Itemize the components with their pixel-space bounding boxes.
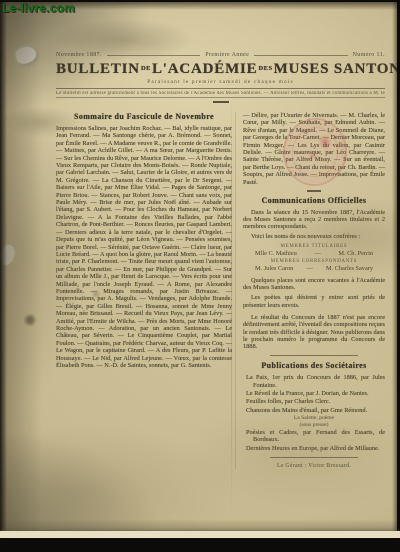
publications-header: Publications des Sociétaires <box>243 361 385 370</box>
title-word-des: DES <box>258 65 272 72</box>
left-column: Sommaire du Fascicule de Novembre Impres… <box>56 112 236 469</box>
scanned-bulletin-page: { "watermark": "Le-livre.com", "dash": "… <box>0 0 400 552</box>
title-word-academie: L'ACADÉMIE <box>152 61 258 77</box>
masthead-subtitle: Paraissant le premier samedi de chaque m… <box>56 79 385 85</box>
paper-tear-patch <box>14 44 38 65</box>
issue-year-label: Première Année <box>205 52 249 58</box>
title-word-bulletin: BULLETIN <box>56 61 140 77</box>
communications-header: Communications Officielles <box>243 196 385 205</box>
communications-para-3: Quelques places sont encore vacantes à l… <box>243 277 385 292</box>
title-word-de: DE <box>141 65 151 72</box>
member-row-dash: — <box>314 250 320 257</box>
section-rule <box>270 355 358 356</box>
publication-subline: (sous presse) <box>243 422 385 428</box>
gerant-line: Le Gérant : Victor Brossard. <box>243 463 385 469</box>
publication-item: Poésies et Cadres, par Fernand des Essar… <box>243 429 385 444</box>
issue-date: Novembre 1887. <box>56 52 102 58</box>
member-row-dash: — <box>306 265 312 272</box>
communications-para-2: Voici les noms de nos nouveaux confrères… <box>243 233 385 240</box>
label-membres-titulaires: MEMBRES TITULAIRES <box>243 244 385 249</box>
communications-para-5: Le résultat du Concours de 1887 n'est pa… <box>243 314 385 350</box>
label-membres-correspondants: MEMBRES CORRESPONDANTS <box>243 259 385 264</box>
publication-item: Chansons des Mains d'émail, par Gme Rémo… <box>243 407 385 414</box>
communications-para-1: Dans la séance du 15 Novembre 1887, l'Ac… <box>243 209 385 231</box>
publication-item: Feuilles folles, par Charles Clerc. <box>243 398 385 405</box>
page-title: BULLETINDEL'ACADÉMIEDESMUSES SANTONES <box>56 61 385 78</box>
member-row-correspondants: M. Jules Caron — M. Charles Savary <box>243 265 385 272</box>
sommaire-header: Sommaire du Fascicule de Novembre <box>56 112 232 121</box>
title-word-muses: MUSES SANTONES <box>274 61 397 77</box>
communications-para-4: Les poètes qui désirent y entrer sont pr… <box>243 294 385 309</box>
masthead-meta-row: Novembre 1887. Première Année Numéro 11. <box>56 52 385 58</box>
publication-subline: La Salette, poème <box>243 415 385 421</box>
fineprint-band: Le Bulletin est adressé gratuitement à t… <box>56 88 385 98</box>
member-name: M. Charles Savary <box>326 265 373 272</box>
fineprint-text: Le Bulletin est adressé gratuitement à t… <box>56 91 385 96</box>
member-row-titulaires: Mlle C. Mathieu — M. Ch. Perrin <box>243 250 385 257</box>
member-name: M. Ch. Perrin <box>338 250 373 257</box>
member-name: Mlle C. Mathieu <box>255 250 297 257</box>
meta-rule-right <box>254 55 347 56</box>
issue-number: Numéro 11. <box>353 52 385 58</box>
red-ink-smudge <box>308 152 318 160</box>
section-dash-ornament <box>307 190 321 192</box>
publication-item: Le Réveil de la France, par J. Dorian, d… <box>243 390 385 397</box>
watermark-text: Le-livre.com <box>2 1 75 15</box>
member-name: M. Jules Caron <box>255 265 293 272</box>
paper-bottom-edge <box>0 531 400 538</box>
paper-sheet: Novembre 1887. Première Année Numéro 11.… <box>0 2 397 531</box>
masthead-dash-ornament <box>213 101 229 103</box>
sommaire-body-text: Impressions Salines, par Joachim Rochaz.… <box>56 125 232 369</box>
printed-content: Novembre 1887. Première Année Numéro 11.… <box>56 52 385 507</box>
paper-tear-patch <box>0 244 15 266</box>
publication-item: La Paix, 1er prix du Concours de 1886, p… <box>243 374 385 389</box>
gerant-rule <box>270 457 358 458</box>
publication-item: Dernières Heures en Europe, par Alfred d… <box>243 445 385 452</box>
meta-rule-left <box>107 55 200 56</box>
